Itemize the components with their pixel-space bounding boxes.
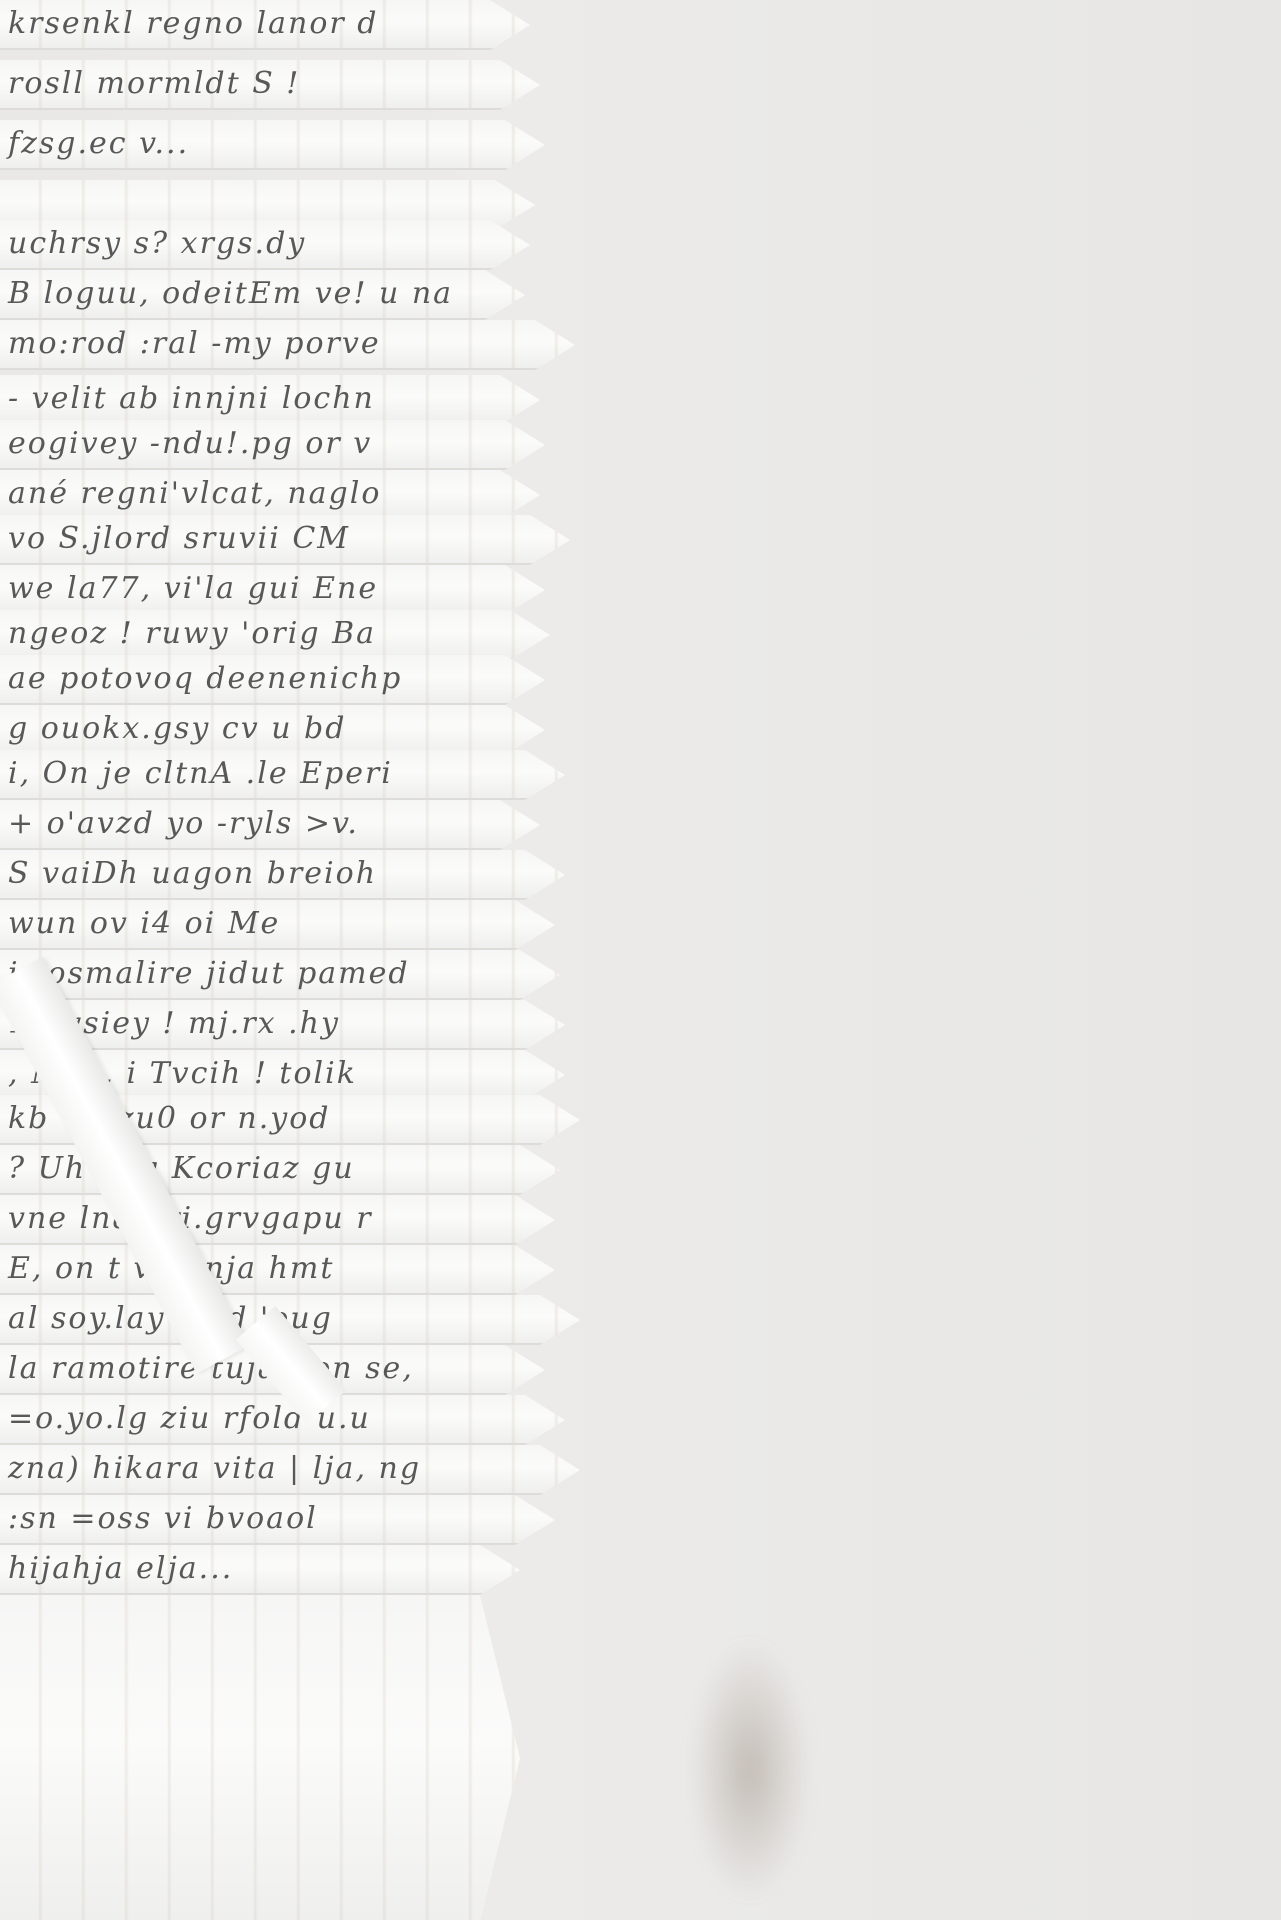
paper-strip: vne lnap ri.grvgapu r xyxy=(0,1195,555,1245)
paper-strip: i, On je cltnA .le Eperi xyxy=(0,750,565,800)
wall-shadow xyxy=(690,1640,810,1900)
handwritten-line: mo:rod :ral -my porve xyxy=(8,326,381,361)
paper-strip: ae potovoq deenenichp xyxy=(0,655,545,705)
paper-strip xyxy=(0,1595,520,1920)
paper-strip: krsenkl regno lanor d xyxy=(0,0,530,50)
paper-strip: hijahja elja... xyxy=(0,1545,520,1595)
paper-strip: we la77, vi'la gui Ene xyxy=(0,565,545,615)
handwritten-line: S vaiDh uagon breioh xyxy=(8,856,377,891)
paper-strip: rosll mormldt S ! xyxy=(0,60,540,110)
handwritten-line: krsenkl regno lanor d xyxy=(8,6,378,41)
handwritten-line: rosll mormldt S ! xyxy=(8,66,300,101)
handwritten-line: + o'avzd yo -ryls >v. xyxy=(8,806,359,841)
paper-strip: ngeoz ! ruwy 'orig Ba xyxy=(0,610,550,660)
handwritten-line: ae potovoq deenenichp xyxy=(8,661,402,696)
handwritten-line: i rosmalire jidut pamed xyxy=(8,956,410,991)
paper-strip: - velit ab innjni lochn xyxy=(0,375,540,425)
handwritten-line: fzsg.ec v... xyxy=(8,126,189,161)
paper-strip: uchrsy s? xrgs.dy xyxy=(0,220,530,270)
paper-strip: + o'avzd yo -ryls >v. xyxy=(0,800,540,850)
paper-strip: E, on t vil snja hmt xyxy=(0,1245,555,1295)
paper-strip: S vaiDh uagon breioh xyxy=(0,850,565,900)
handwritten-line: vo S.jlord sruvii CM xyxy=(8,521,350,556)
paper-strip: =o.yo.lg ziu rfold u.u xyxy=(0,1395,565,1445)
paper-strip: g ouokx.gsy cv u bd xyxy=(0,705,545,755)
paper-strip: fzsg.ec v... xyxy=(0,120,545,170)
handwritten-line: :sn =oss vi bvoaol xyxy=(8,1501,318,1536)
handwritten-line: eogivey -ndu!.pg or v xyxy=(8,426,372,461)
handwritten-line: wun ov i4 oi Me xyxy=(8,906,280,941)
handwritten-line: zna) hikara vita | lja, ng xyxy=(8,1451,421,1486)
handwritten-line: B loguu, odeitEm ve! u na xyxy=(8,276,453,311)
handwritten-line: hijahja elja... xyxy=(8,1551,233,1586)
handwritten-line: g ouokx.gsy cv u bd xyxy=(8,711,346,746)
folded-paper-artwork: krsenkl regno lanor drosll mormldt S ! f… xyxy=(0,0,640,1920)
paper-strip: wun ov i4 oi Me xyxy=(0,900,555,950)
paper-strip: eogivey -ndu!.pg or v xyxy=(0,420,545,470)
paper-strip: i rosmalire jidut pamed xyxy=(0,950,560,1000)
handwritten-line: we la77, vi'la gui Ene xyxy=(8,571,378,606)
paper-strip: mo:rod :ral -my porve xyxy=(0,320,575,370)
paper-strip: ané regni'vlcat, naglo xyxy=(0,470,540,520)
handwritten-line: i, On je cltnA .le Eperi xyxy=(8,756,393,791)
paper-strip: :sn =oss vi bvoaol xyxy=(0,1495,555,1545)
handwritten-line: ? Uh ang Kcoriaz gu xyxy=(8,1151,355,1186)
paper-strip: B loguu, odeitEm ve! u na xyxy=(0,270,525,320)
handwritten-line: - velit ab innjni lochn xyxy=(8,381,375,416)
handwritten-line: ngeoz ! ruwy 'orig Ba xyxy=(8,616,376,651)
handwritten-line: vne lnap ri.grvgapu r xyxy=(8,1201,373,1236)
handwritten-line: ané regni'vlcat, naglo xyxy=(8,476,381,511)
handwritten-line: uchrsy s? xrgs.dy xyxy=(8,226,306,261)
paper-strip: zna) hikara vita | lja, ng xyxy=(0,1445,580,1495)
paper-strip: vo S.jlord sruvii CM xyxy=(0,515,570,565)
